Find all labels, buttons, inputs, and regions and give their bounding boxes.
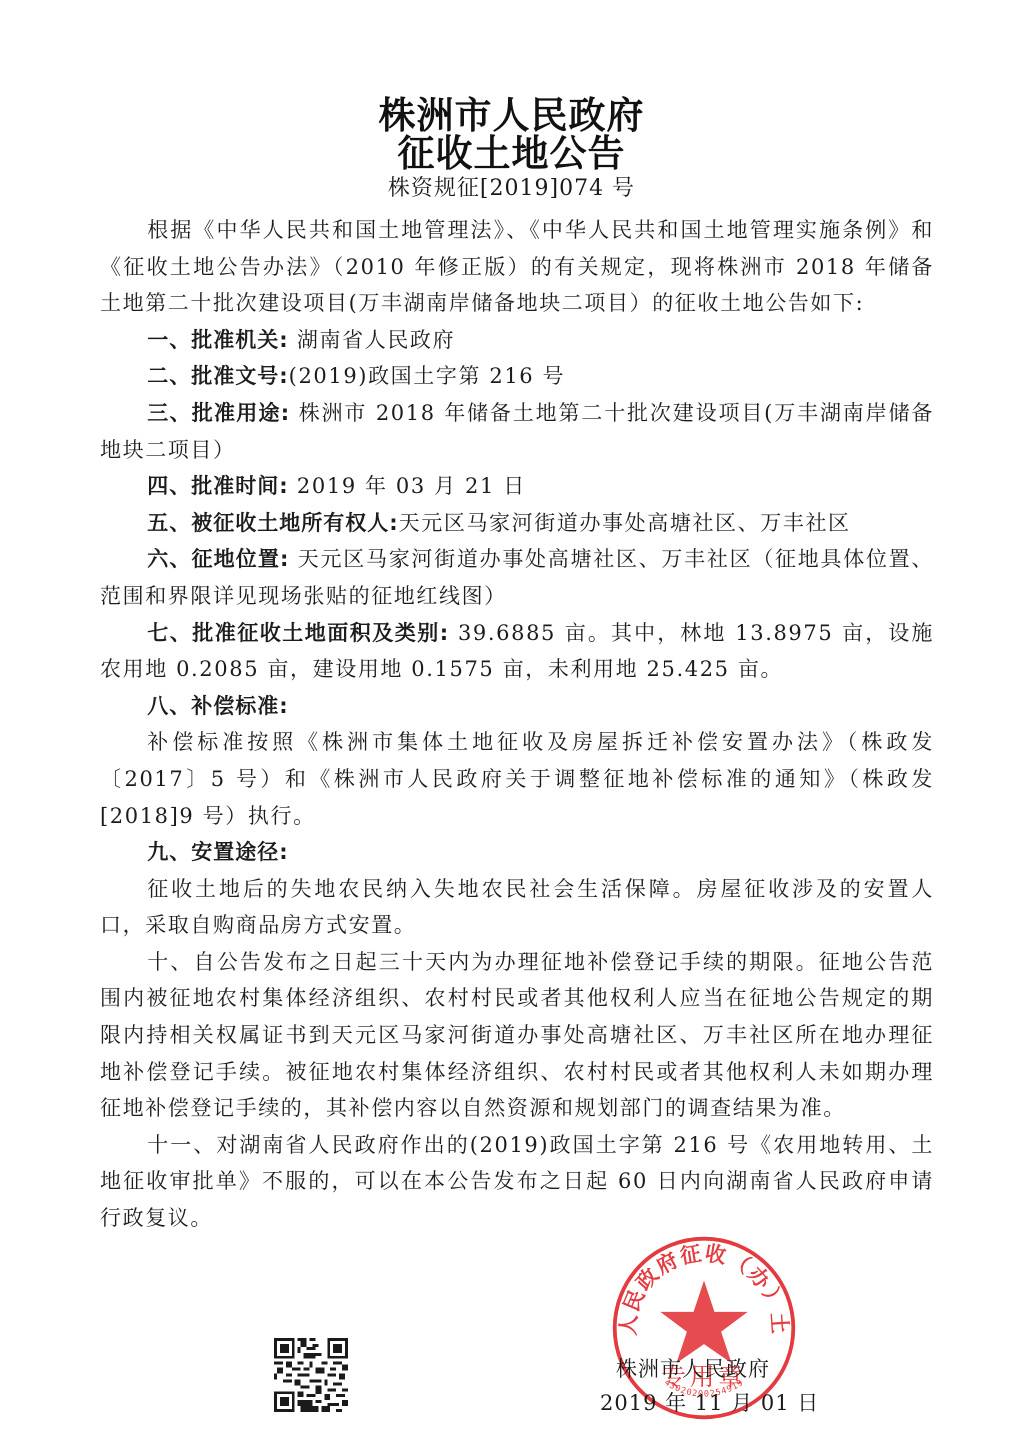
item-approval-date: 四、批准时间: 2019 年 03 月 21 日 [100,468,934,505]
document-body: 根据《中华人民共和国土地管理法》、《中华人民共和国土地管理实施条例》和《征收土地… [100,212,934,1237]
qr-code-icon [274,1336,348,1414]
item-land-location: 六、征地位置: 天元区马家河街道办事处高塘社区、万丰社区（征地具体位置、范围和界… [100,541,934,614]
signing-organization: 株洲市人民政府 [600,1352,840,1386]
item-compensation-heading: 八、补偿标准: [100,688,934,725]
item-compensation-text: 补偿标准按照《株洲市集体土地征收及房屋拆迁补偿安置办法》（株政发〔2017〕5 … [100,724,934,834]
page-title-line1: 株洲市人民政府 [0,94,1023,136]
item-approved-use: 三、批准用途: 株洲市 2018 年储备土地第二十批次建设项目(万丰湖南岸储备地… [100,395,934,468]
item-approval-number: 二、批准文号:(2019)政国土字第 216 号 [100,358,934,395]
item-land-owner: 五、被征收土地所有权人:天元区马家河街道办事处高塘社区、万丰社区 [100,505,934,542]
item-label: 六、征地位置: [147,547,289,571]
item-resettlement-text: 征收土地后的失地农民纳入失地农民社会生活保障。房屋征收涉及的安置人口，采取自购商… [100,871,934,944]
item-resettlement-heading: 九、安置途径: [100,834,934,871]
page-title-line2: 征收土地公告 [0,132,1023,174]
item-text: 湖南省人民政府 [289,328,455,352]
item-approval-authority: 一、批准机关: 湖南省人民政府 [100,322,934,359]
item-label: 五、被征收土地所有权人: [147,511,398,535]
item-label: 九、安置途径: [147,840,288,864]
item-registration-period: 十、自公告发布之日起三十天内为办理征地补偿登记手续的期限。征地公告范围内被征地农… [100,944,934,1127]
item-administrative-review: 十一、对湖南省人民政府作出的(2019)政国土字第 216 号《农用地转用、土地… [100,1127,934,1237]
item-text: (2019)政国土字第 216 号 [289,364,565,388]
item-land-area: 七、批准征收土地面积及类别: 39.6885 亩。其中，林地 13.8975 亩… [100,615,934,688]
item-label: 七、批准征收土地面积及类别: [147,621,449,645]
item-label: 八、补偿标准: [147,694,288,718]
item-label: 四、批准时间: [147,474,288,498]
item-label: 一、批准机关: [147,328,288,352]
signing-date: 2019 年 11 月 01 日 [600,1386,840,1420]
document-number: 株资规征[2019]074 号 [0,175,1023,203]
item-label: 三、批准用途: [147,401,290,425]
item-text: 2019 年 03 月 21 日 [289,474,526,498]
item-text: 天元区马家河街道办事处高塘社区、万丰社区 [399,511,851,535]
intro-paragraph: 根据《中华人民共和国土地管理法》、《中华人民共和国土地管理实施条例》和《征收土地… [100,212,934,322]
item-label: 二、批准文号: [147,364,288,388]
document-page: 株洲市人民政府 征收土地公告 株资规征[2019]074 号 根据《中华人民共和… [0,0,1023,1450]
signature-block: 株洲市人民政府 2019 年 11 月 01 日 [600,1352,840,1420]
